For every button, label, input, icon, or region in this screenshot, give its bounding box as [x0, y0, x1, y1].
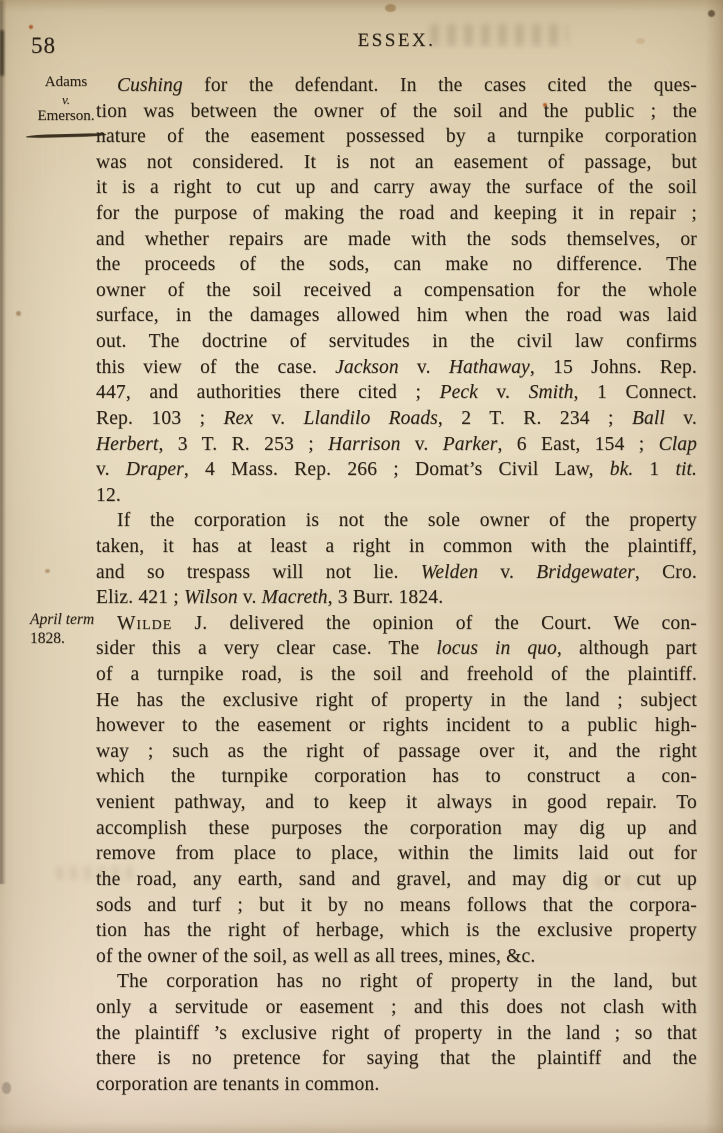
text-line: and whether repairs are made with the so… [96, 227, 697, 253]
text-line: the plaintiff ’s exclusive right of prop… [96, 1021, 697, 1047]
text-line: If the corporation is not the sole owner… [96, 508, 697, 534]
text-line: however to the easement or rights incide… [96, 713, 697, 739]
text-line: the proceeds of the sods, can make no di… [96, 252, 697, 278]
text-line: corporation are tenants in common. [96, 1072, 697, 1098]
text-line: sider this a very clear case. The locus … [96, 636, 697, 662]
text-line: there is no pretence for saying that the… [96, 1046, 697, 1072]
text-line: surface, in the damages allowed him when… [96, 303, 697, 329]
foxing-stain [29, 25, 33, 29]
text-line: only a servitude or easement ; and this … [96, 995, 697, 1021]
body-text: Cushing for the defendant. In the cases … [96, 73, 697, 1097]
text-line: out. The doctrine of servitudes in the c… [96, 329, 697, 355]
text-line: Rep. 103 ; Rex v. Llandilo Roads, 2 T. R… [96, 406, 697, 432]
page-number: 58 [31, 33, 56, 59]
text-line: taken, it has at least a right in common… [96, 534, 697, 560]
text-line: Eliz. 421 ; Wilson v. Macreth, 3 Burr. 1… [96, 585, 697, 611]
text-line: 12. [96, 483, 697, 509]
text-line: The corporation has no right of property… [96, 969, 697, 995]
text-line: sods and turf ; but it by no means follo… [96, 893, 697, 919]
text-line: of the owner of the soil, as well as all… [96, 944, 697, 970]
text-line: nature of the easement possessed by a tu… [96, 124, 697, 150]
text-line: way ; such as the right of passage over … [96, 739, 697, 765]
text-line: it is a right to cut up and carry away t… [96, 175, 697, 201]
text-line: tion was between the owner of the soil a… [96, 99, 697, 125]
text-line: accomplish these purposes the corporatio… [96, 816, 697, 842]
text-line: owner of the soil received a compensatio… [96, 278, 697, 304]
text-line: was not considered. It is not an easemen… [96, 150, 697, 176]
text-line: for the purpose of making the road and k… [96, 201, 697, 227]
text-line: venient pathway, and to keep it always i… [96, 790, 697, 816]
scan-edge-bottom [0, 1123, 723, 1133]
text-line: v. Draper, 4 Mass. Rep. 266 ; Domat’s Ci… [96, 457, 697, 483]
page-curve-shadow [705, 0, 723, 1133]
foxing-stain [2, 1082, 11, 1094]
scan-edge-mark [0, 30, 4, 76]
margin-rule [26, 133, 106, 138]
book-page-scan: 58 ESSEX. Adams v. Emerson. April term 1… [0, 0, 723, 1133]
foxing-stain [45, 569, 50, 573]
text-line: of a turnpike road, is the soil and free… [96, 662, 697, 688]
text-line: tion has the right of herbage, which is … [96, 918, 697, 944]
text-line: 447, and authorities there cited ; Peck … [96, 380, 697, 406]
text-line: and so trespass will not lie. Welden v. … [96, 560, 697, 586]
text-line: this view of the case. Jackson v. Hathaw… [96, 355, 697, 381]
running-head-title: ESSEX. [358, 30, 436, 51]
text-line: which the turnpike corporation has to co… [96, 764, 697, 790]
text-line: He has the exclusive right of property i… [96, 688, 697, 714]
text-line: remove from place to place, within the l… [96, 841, 697, 867]
text-line: the road, any earth, sand and gravel, an… [96, 867, 697, 893]
running-head-strip: ESSEX. [96, 30, 697, 52]
foxing-stain [16, 311, 21, 316]
text-line: Wilde J. delivered the opinion of the Co… [96, 611, 697, 637]
text-line: Cushing for the defendant. In the cases … [96, 73, 697, 99]
scan-edge-left [0, 0, 6, 884]
scan-edge-top [0, 0, 723, 12]
text-line: Herbert, 3 T. R. 253 ; Harrison v. Parke… [96, 432, 697, 458]
